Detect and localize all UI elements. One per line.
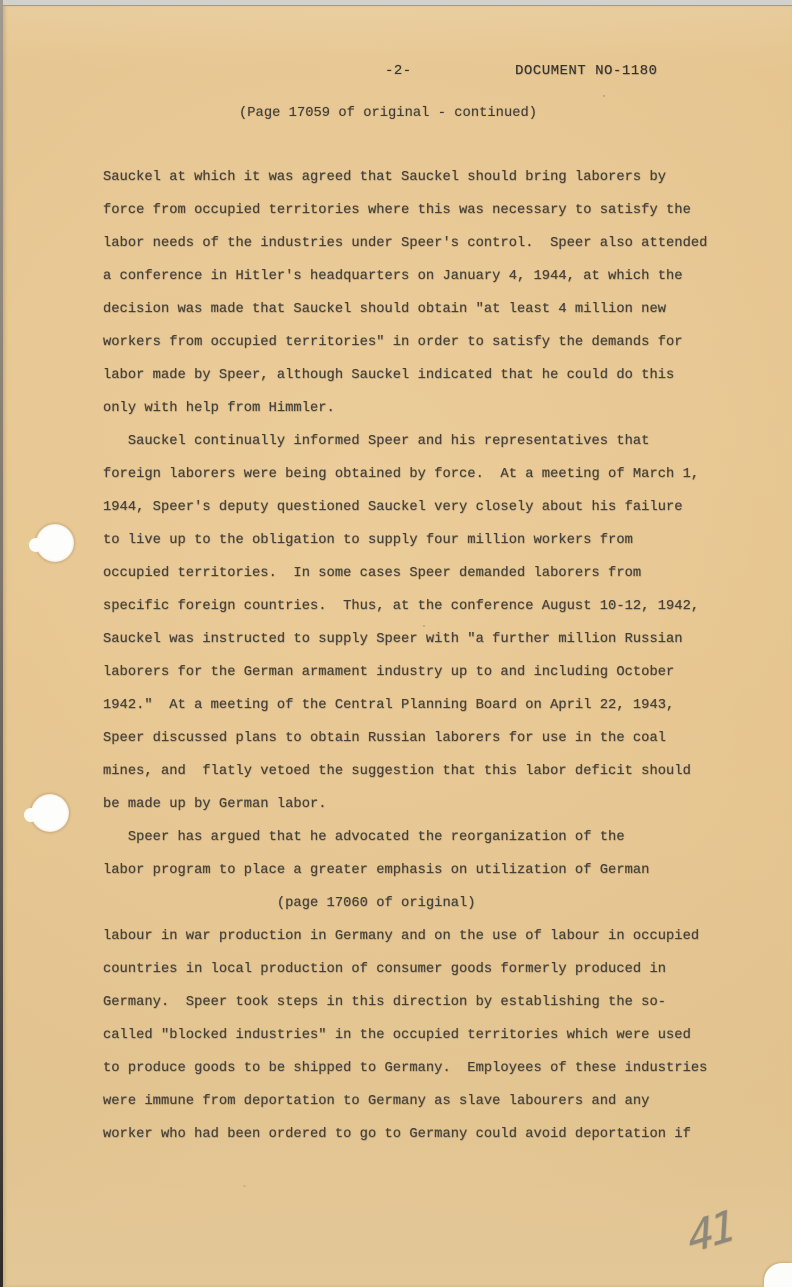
text-line: decision was made that Sauckel should ob… bbox=[103, 293, 733, 326]
text-line: to produce goods to be shipped to German… bbox=[103, 1052, 733, 1085]
text-line: labour in war production in Germany and … bbox=[103, 920, 733, 953]
text-line: specific foreign countries. Thus, at the… bbox=[103, 590, 733, 623]
text-line: Sauckel continually informed Speer and h… bbox=[103, 425, 733, 458]
paper-speckle bbox=[603, 95, 605, 97]
text-line: called "blocked industries" in the occup… bbox=[103, 1019, 733, 1052]
text-line: laborers for the German armament industr… bbox=[103, 656, 733, 689]
torn-corner bbox=[764, 1263, 792, 1287]
text-line: force from occupied territories where th… bbox=[103, 194, 733, 227]
text-line: labor made by Speer, although Sauckel in… bbox=[103, 359, 733, 392]
text-line: be made up by German labor. bbox=[103, 788, 733, 821]
hole-punch-top bbox=[36, 524, 74, 562]
text-line: Speer discussed plans to obtain Russian … bbox=[103, 722, 733, 755]
text-line: only with help from Himmler. bbox=[103, 392, 733, 425]
text-line: Germany. Speer took steps in this direct… bbox=[103, 986, 733, 1019]
hole-punch-bottom bbox=[31, 794, 69, 832]
document-number: DOCUMENT NO-1180 bbox=[515, 63, 657, 79]
text-line: (page 17060 of original) bbox=[103, 887, 733, 920]
continuation-note: (Page 17059 of original - continued) bbox=[239, 106, 537, 121]
text-line: 1942." At a meeting of the Central Plann… bbox=[103, 689, 733, 722]
text-line: mines, and flatly vetoed the suggestion … bbox=[103, 755, 733, 788]
text-line: a conference in Hitler's headquarters on… bbox=[103, 260, 733, 293]
text-line: occupied territories. In some cases Spee… bbox=[103, 557, 733, 590]
page-header: -2- DOCUMENT NO-1180 bbox=[3, 63, 792, 85]
text-line: worker who had been ordered to go to Ger… bbox=[103, 1118, 733, 1151]
text-line: were immune from deportation to Germany … bbox=[103, 1085, 733, 1118]
text-line: Sauckel at which it was agreed that Sauc… bbox=[103, 161, 733, 194]
handwritten-page-number: 41 bbox=[685, 1200, 736, 1263]
text-line: Speer has argued that he advocated the r… bbox=[103, 821, 733, 854]
text-line: 1944, Speer's deputy questioned Sauckel … bbox=[103, 491, 733, 524]
paper-speckle bbox=[243, 1185, 246, 1187]
page-number: -2- bbox=[385, 63, 412, 79]
paper-speckle bbox=[423, 625, 425, 627]
document-page: -2- DOCUMENT NO-1180 (Page 17059 of orig… bbox=[3, 5, 792, 1287]
document-body: Sauckel at which it was agreed that Sauc… bbox=[103, 161, 733, 1151]
text-line: labor needs of the industries under Spee… bbox=[103, 227, 733, 260]
text-line: to live up to the obligation to supply f… bbox=[103, 524, 733, 557]
text-line: Sauckel was instructed to supply Speer w… bbox=[103, 623, 733, 656]
text-line: workers from occupied territories" in or… bbox=[103, 326, 733, 359]
text-line: labor program to place a greater emphasi… bbox=[103, 854, 733, 887]
text-line: countries in local production of consume… bbox=[103, 953, 733, 986]
text-line: foreign laborers were being obtained by … bbox=[103, 458, 733, 491]
scanned-document-frame: -2- DOCUMENT NO-1180 (Page 17059 of orig… bbox=[0, 0, 792, 1287]
